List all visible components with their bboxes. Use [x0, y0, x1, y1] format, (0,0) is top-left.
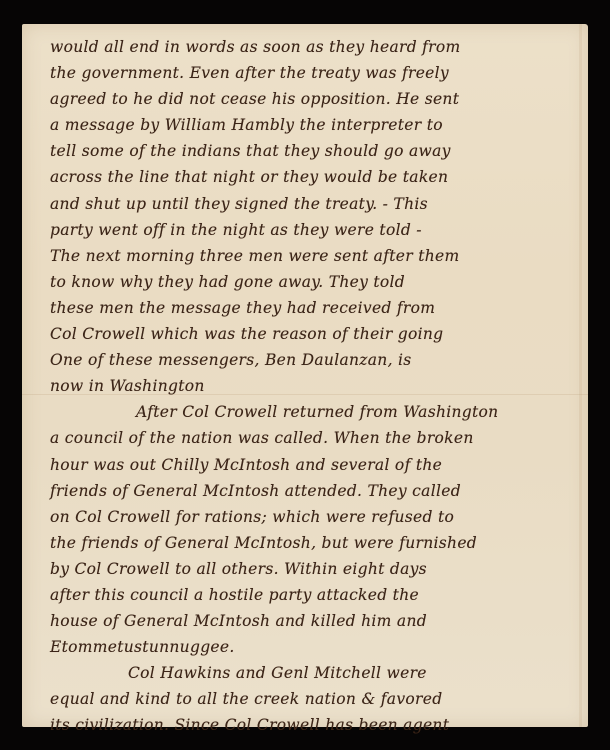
manuscript-line-11: these men the message they had received …	[50, 295, 570, 321]
manuscript-line-12: Col Crowell which was the reason of thei…	[50, 321, 570, 347]
manuscript-line-8: party went off in the night as they were…	[50, 217, 570, 243]
manuscript-line-9: The next morning three men were sent aft…	[50, 243, 570, 269]
manuscript-line-23: house of General McIntosh and killed him…	[50, 608, 570, 634]
manuscript-line-18: friends of General McIntosh attended. Th…	[50, 478, 570, 504]
manuscript-line-20: the friends of General McIntosh, but wer…	[50, 530, 570, 556]
manuscript-line-27: its civilization. Since Col Crowell has …	[50, 712, 570, 738]
manuscript-line-22: after this council a hostile party attac…	[50, 582, 570, 608]
manuscript-line-14: now in Washington	[50, 373, 570, 399]
manuscript-line-21: by Col Crowell to all others. Within eig…	[50, 556, 570, 582]
handwritten-text-body: would all end in words as soon as they h…	[50, 34, 570, 739]
manuscript-line-24: Etommetustunnuggee.	[50, 634, 570, 660]
manuscript-line-17: hour was out Chilly McIntosh and several…	[50, 452, 570, 478]
manuscript-line-26: equal and kind to all the creek nation &…	[50, 686, 570, 712]
manuscript-line-16: a council of the nation was called. When…	[50, 425, 570, 451]
manuscript-line-19: on Col Crowell for rations; which were r…	[50, 504, 570, 530]
manuscript-line-25-paragraph-start: Col Hawkins and Genl Mitchell were	[50, 660, 570, 686]
manuscript-line-4: a message by William Hambly the interpre…	[50, 112, 570, 138]
manuscript-line-2: the government. Even after the treaty wa…	[50, 60, 570, 86]
manuscript-line-13: One of these messengers, Ben Daulanzan, …	[50, 347, 570, 373]
manuscript-page: would all end in words as soon as they h…	[22, 24, 588, 727]
manuscript-line-5: tell some of the indians that they shoul…	[50, 138, 570, 164]
manuscript-line-3: agreed to he did not cease his oppositio…	[50, 86, 570, 112]
manuscript-line-7: and shut up until they signed the treaty…	[50, 191, 570, 217]
manuscript-line-1: would all end in words as soon as they h…	[50, 34, 570, 60]
manuscript-line-10: to know why they had gone away. They tol…	[50, 269, 570, 295]
manuscript-line-15-paragraph-start: After Col Crowell returned from Washingt…	[50, 399, 570, 425]
manuscript-line-6: across the line that night or they would…	[50, 164, 570, 190]
